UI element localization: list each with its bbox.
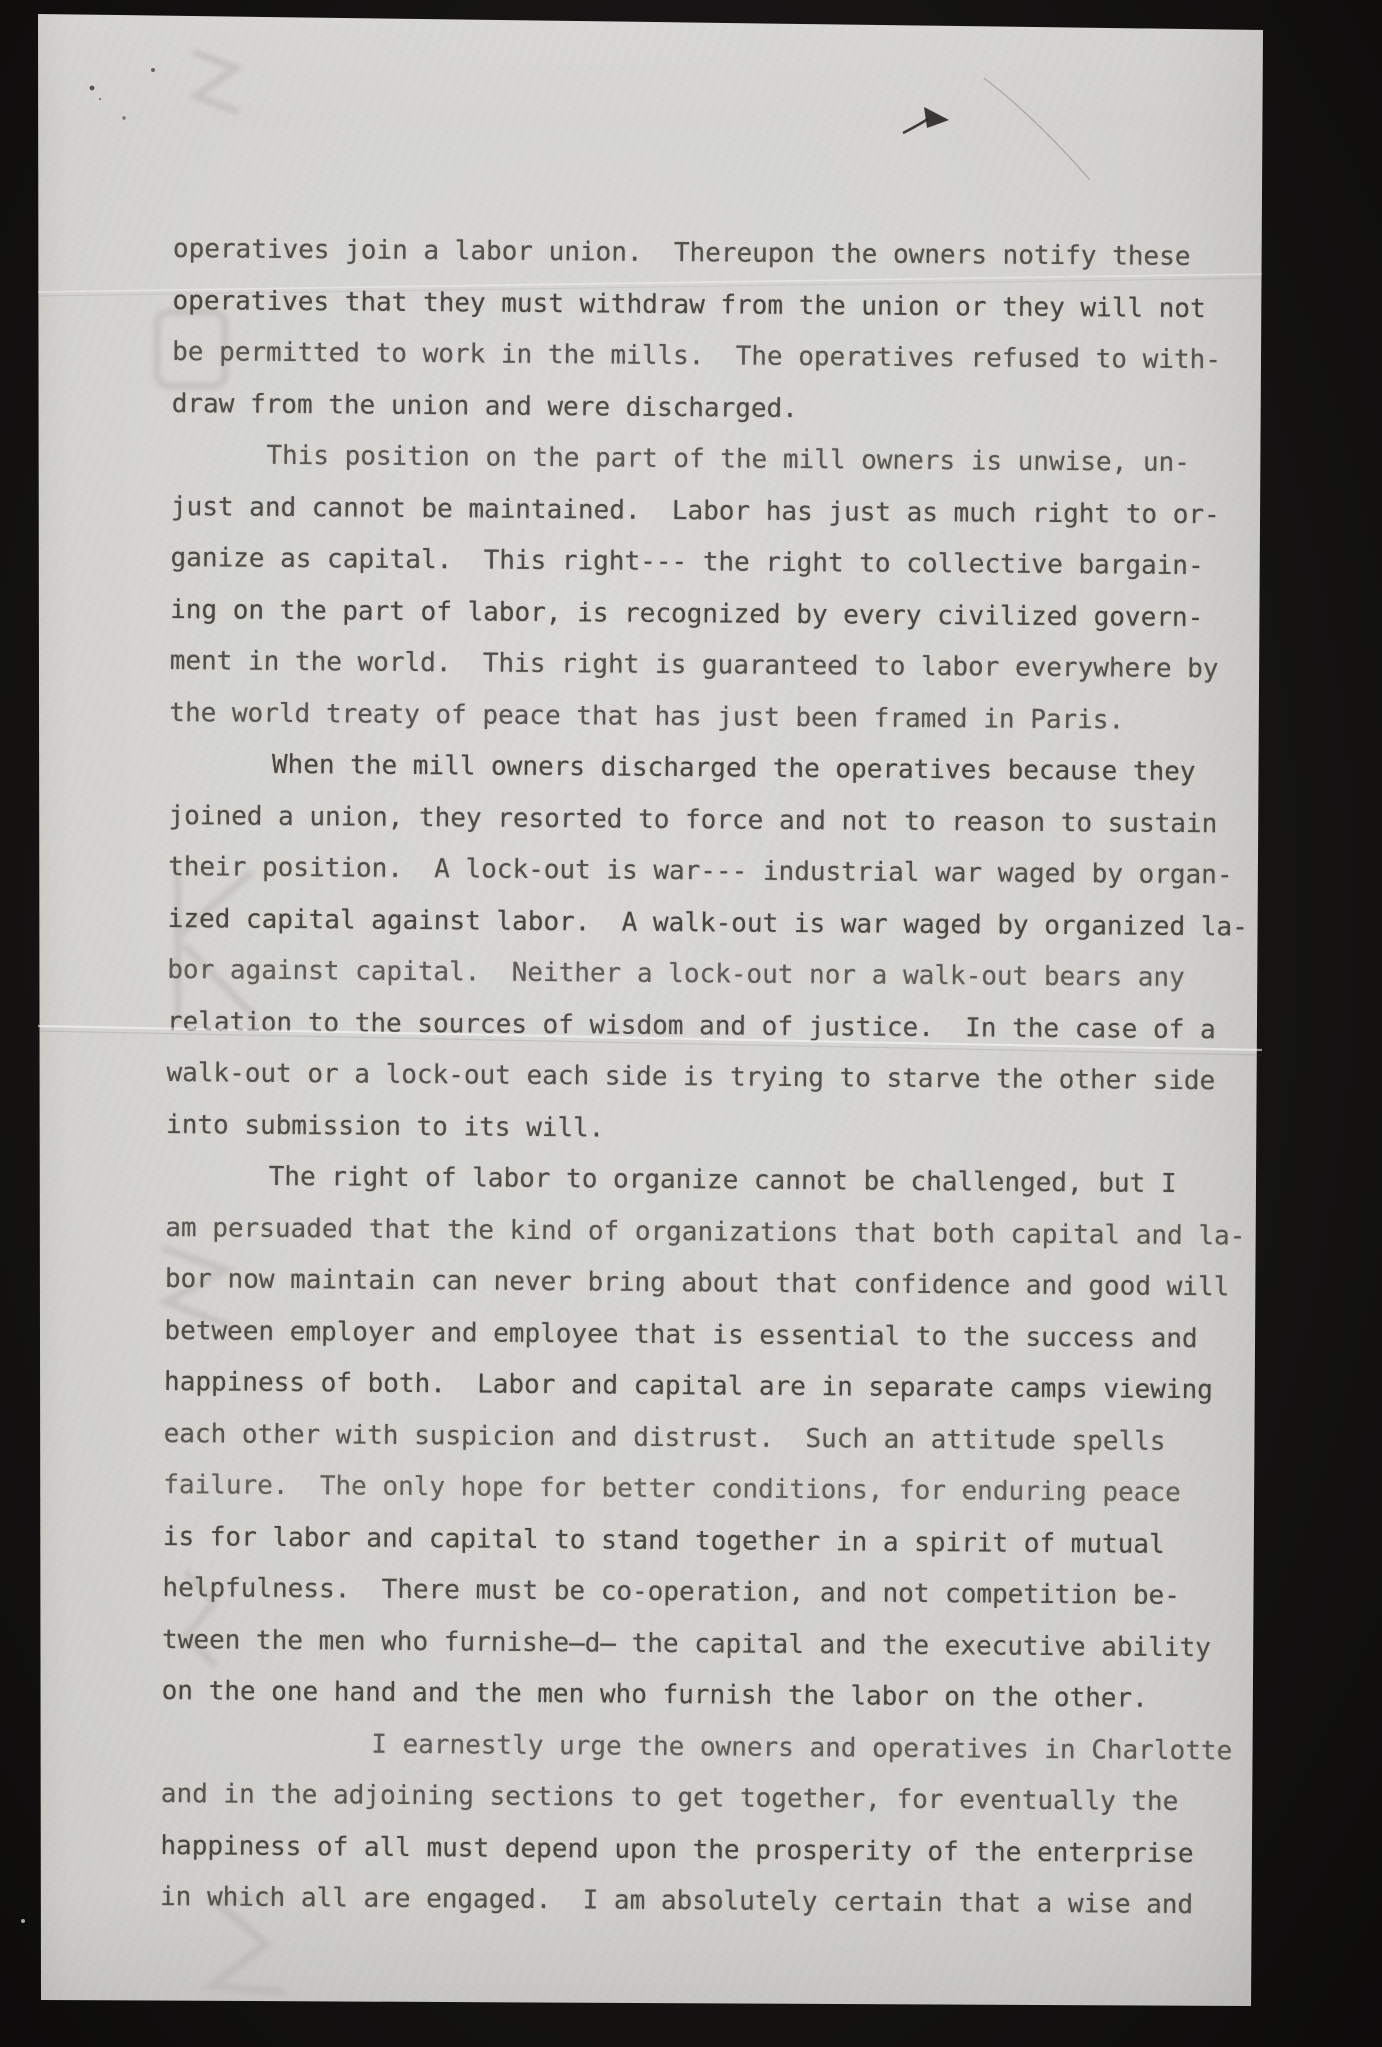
typed-line: operatives join a labor union. Thereupon… [173, 224, 1253, 284]
typed-line: This position on the part of the mill ow… [171, 430, 1251, 490]
typed-line: When the mill owners discharged the oper… [169, 739, 1249, 799]
typed-line: ment in the world. This right is guarant… [170, 636, 1250, 696]
typed-line: joined a union, they resorted to force a… [168, 791, 1248, 851]
typed-line: into submission to its will. [166, 1100, 1246, 1160]
typed-line: draw from the union and were discharged. [172, 379, 1252, 439]
typed-line: am persuaded that the kind of organizati… [165, 1203, 1245, 1263]
typed-line: The right of labor to organize cannot be… [166, 1151, 1246, 1211]
typed-line: tween the men who furnishe̶d̶ the capita… [162, 1615, 1242, 1675]
typed-line: in which all are engaged. I am absolutel… [160, 1872, 1240, 1932]
typed-line: each other with suspicion and distrust. … [163, 1409, 1243, 1469]
dust-speck [21, 1919, 25, 1923]
typed-line: bor now maintain can never bring about t… [165, 1254, 1245, 1314]
typed-line: I earnestly urge the owners and operativ… [161, 1718, 1241, 1778]
typed-line: on the one hand and the men who furnish … [161, 1666, 1241, 1726]
typed-line: between employer and employee that is es… [164, 1306, 1244, 1366]
typed-line: relation to the sources of wisdom and of… [167, 997, 1247, 1057]
typed-line: is for labor and capital to stand togeth… [163, 1512, 1243, 1572]
typed-line: be permitted to work in the mills. The o… [172, 327, 1252, 387]
typed-line: just and cannot be maintained. Labor has… [171, 482, 1251, 542]
typed-line: ganize as capital. This right--- the rig… [170, 533, 1250, 593]
typed-line: walk-out or a lock-out each side is tryi… [166, 1048, 1246, 1108]
typed-line: the world treaty of peace that has just … [169, 688, 1249, 748]
typed-line: failure. The only hope for better condit… [163, 1460, 1243, 1520]
typed-line: operatives that they must withdraw from … [172, 276, 1252, 336]
typed-line: their position. A lock-out is war--- ind… [168, 842, 1248, 902]
typed-line: bor against capital. Neither a lock-out … [167, 945, 1247, 1005]
typed-line: happiness of all must depend upon the pr… [160, 1821, 1240, 1881]
typed-line: and in the adjoining sections to get tog… [161, 1769, 1241, 1829]
typed-line: ized capital against labor. A walk-out i… [168, 894, 1248, 954]
typed-line: helpfulness. There must be co-operation,… [162, 1563, 1242, 1623]
scan-background: operatives join a labor union. Thereupon… [0, 0, 1382, 2047]
typed-line: happiness of both. Labor and capital are… [164, 1357, 1244, 1417]
typed-line: ing on the part of labor, is recognized … [170, 585, 1250, 645]
typed-text: operatives join a labor union. Thereupon… [160, 224, 1253, 1932]
